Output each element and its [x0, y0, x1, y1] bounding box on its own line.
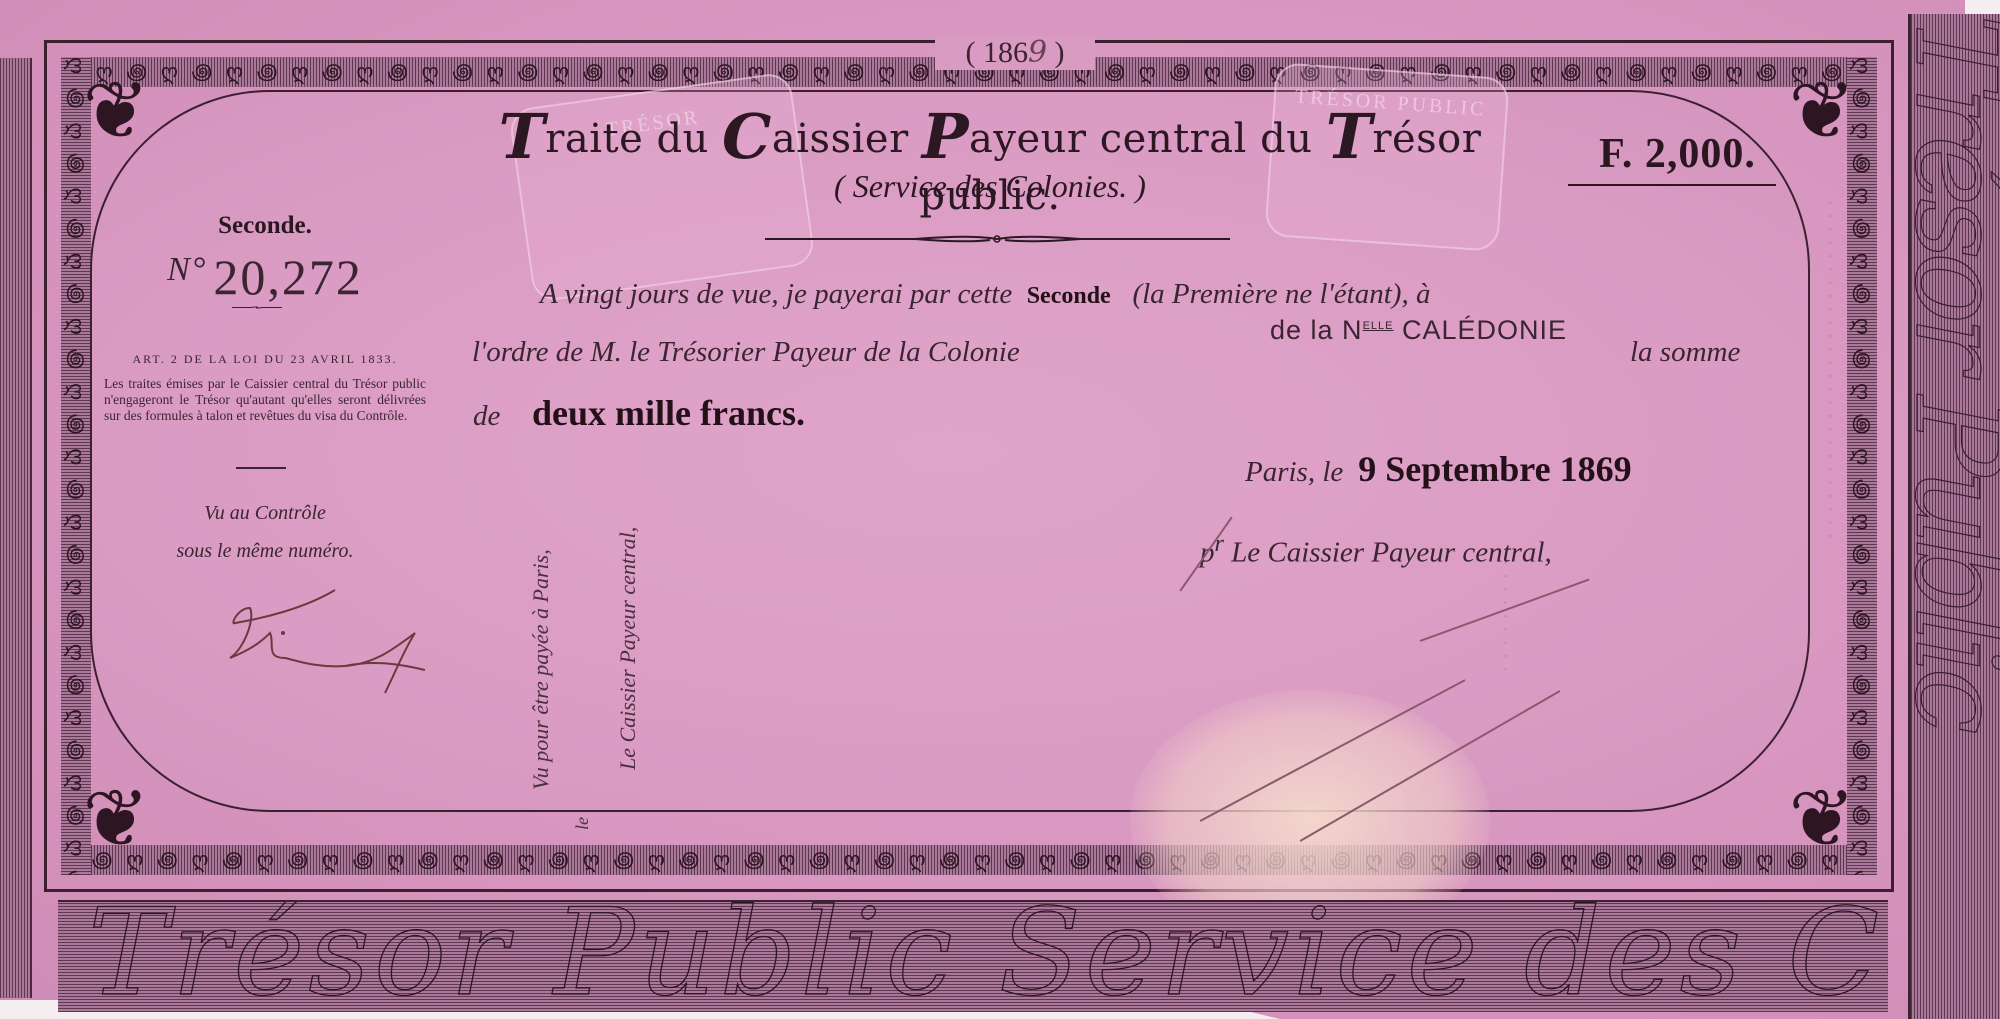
banner-script: Trésor Public Service des Colonies [88, 900, 1888, 1012]
left-counterfoil-strip [0, 58, 32, 998]
title-initial: T [499, 100, 546, 173]
copy-label: Seconde. [100, 212, 430, 240]
frame-band-right: ღ ꩜ ღ ꩜ ღ ꩜ ღ ꩜ ღ ꩜ ღ ꩜ ღ ꩜ ღ ꩜ ღ ꩜ ღ ꩜ … [1847, 57, 1877, 875]
amount-underline [1568, 184, 1776, 186]
amount-figure: F. 2,000. [1570, 130, 1785, 178]
vertical-note-le: le [572, 790, 593, 830]
frame-band-left: ღ ꩜ ღ ꩜ ღ ꩜ ღ ꩜ ღ ꩜ ღ ꩜ ღ ꩜ ღ ꩜ ღ ꩜ ღ ꩜ … [61, 57, 91, 875]
la-somme: la somme [1630, 336, 1740, 369]
number-value: 20,272 [213, 249, 363, 305]
vine-ornament-icon: ღ ꩜ ღ ꩜ ღ ꩜ ღ ꩜ ღ ꩜ ღ ꩜ ღ ꩜ ღ ꩜ ღ ꩜ ღ ꩜ … [61, 57, 91, 875]
vine-ornament-icon: ღ ꩜ ღ ꩜ ღ ꩜ ღ ꩜ ღ ꩜ ღ ꩜ ღ ꩜ ღ ꩜ ღ ꩜ ღ ꩜ … [61, 845, 1877, 875]
bottom-counterfoil-banner: Trésor Public Service des Colonies [58, 900, 1888, 1012]
date: 9 Septembre 1869 [1358, 449, 1631, 489]
divider [236, 467, 286, 469]
number-prefix: N° [167, 251, 207, 288]
right-counterfoil-strip: Trésor Public [1908, 14, 2000, 1019]
vertical-note-payable: Vu pour être payée à Paris, [528, 480, 554, 790]
year-box: ( 1869 ) [935, 36, 1095, 70]
year-handwritten: 9 [1028, 35, 1047, 70]
amount-in-words: deux mille francs. [532, 392, 805, 434]
controller-signature-icon [225, 578, 475, 708]
law-article-title: ART. 2 DE LA LOI DU 23 AVRIL 1833. [100, 352, 430, 367]
visa-control-line1: Vu au Contrôle [100, 502, 430, 525]
title-initial: C [722, 100, 772, 173]
vertical-note-cashier: Le Caissier Payeur central, [615, 490, 641, 770]
serial-number: N°20,272 [100, 248, 430, 306]
vine-ornament-icon: ღ ꩜ ღ ꩜ ღ ꩜ ღ ꩜ ღ ꩜ ღ ꩜ ღ ꩜ ღ ꩜ ღ ꩜ ღ ꩜ … [1847, 57, 1877, 875]
body-line-1: A vingt jours de vue, je payerai par cet… [540, 278, 1430, 311]
visa-control-line2: sous le même numéro. [100, 540, 430, 563]
signatory-line: pr Le Caissier Payeur central, [1200, 530, 1552, 570]
title-initial: T [1326, 100, 1373, 173]
colony-stamp: de la NELLE CALÉDONIE [1270, 315, 1567, 346]
year-printed: 186 [983, 36, 1028, 69]
de-word: de [473, 400, 500, 433]
right-strip-script: Trésor Public [1911, 14, 2000, 1019]
show-through-text: · · · · · · · · · · · · · · · · · · · · … [1820, 200, 1838, 820]
title-flourish-icon [765, 234, 1230, 244]
law-article-text: Les traites émises par le Caissier centr… [104, 376, 426, 424]
copy-word-bold: Seconde [1027, 283, 1111, 309]
number-flourish-icon [207, 306, 307, 309]
body-line-2: l'ordre de M. le Trésorier Payeur de la … [472, 336, 1020, 369]
title-initial: P [922, 100, 969, 173]
corner-fleuron-icon: ❦ [61, 765, 171, 875]
show-through-text: · · · · · · · · · [1495, 560, 1513, 760]
place: Paris, le [1245, 456, 1343, 488]
document-subtitle: ( Service des Colonies. ) [760, 168, 1220, 205]
frame-band-bottom: ღ ꩜ ღ ꩜ ღ ꩜ ღ ꩜ ღ ꩜ ღ ꩜ ღ ꩜ ღ ꩜ ღ ꩜ ღ ꩜ … [61, 845, 1877, 875]
place-and-date: Paris, le 9 Septembre 1869 [1245, 448, 1632, 490]
